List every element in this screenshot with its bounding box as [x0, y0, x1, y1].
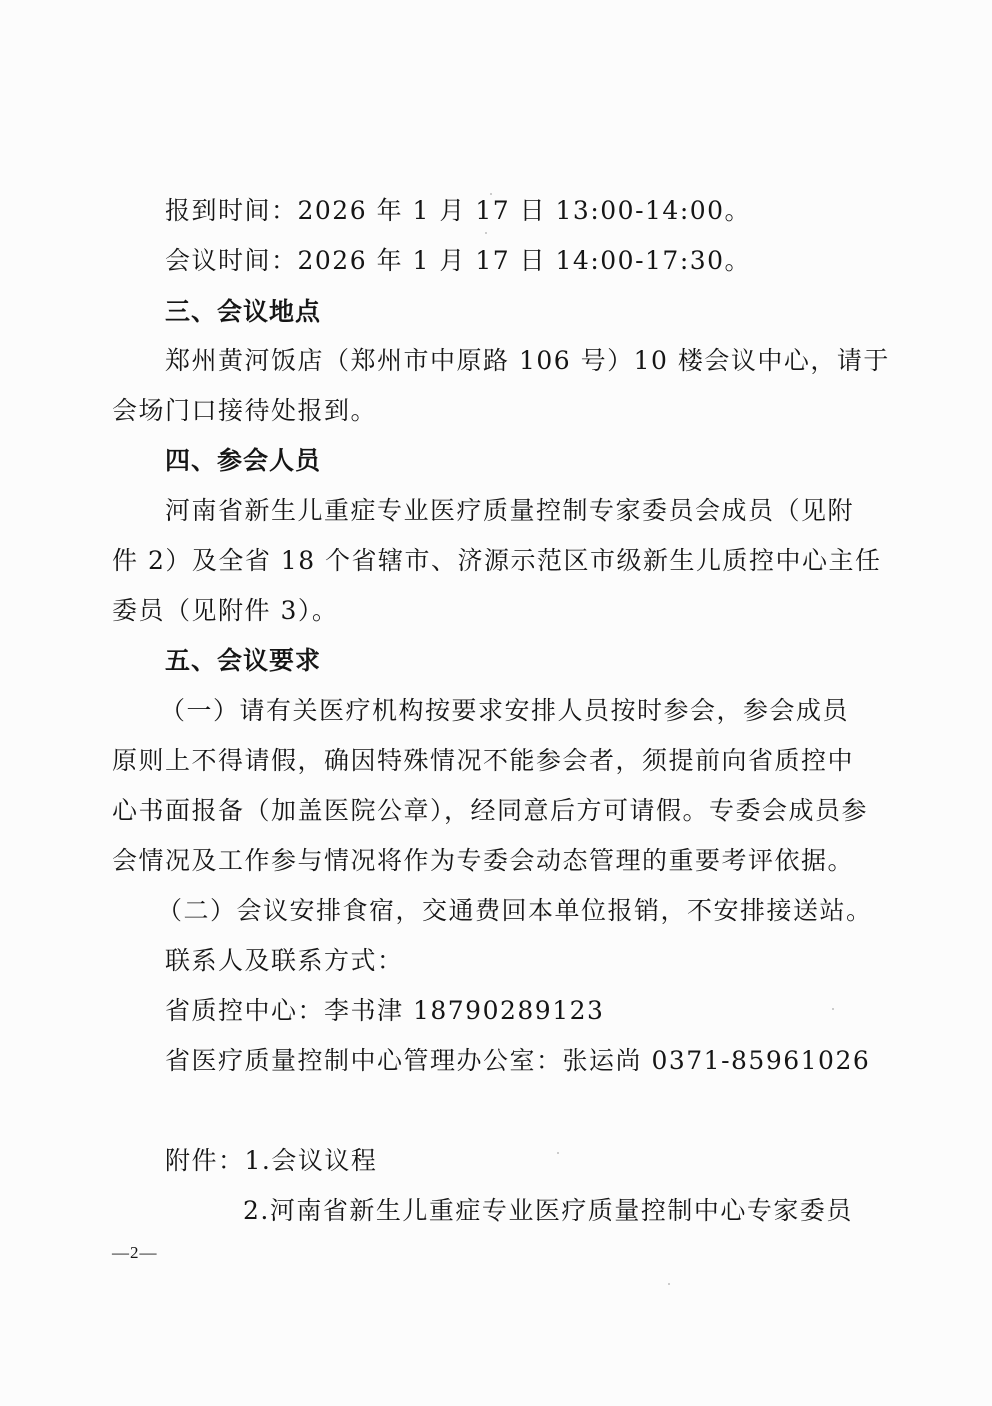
- scan-speck: [490, 193, 492, 195]
- contact-1: 省质控中心：李书津 18790289123: [165, 996, 604, 1026]
- attachments-label: 附件：1.会议议程: [165, 1146, 377, 1176]
- section-3-heading: 三、会议地点: [165, 297, 321, 327]
- section-4-heading: 四、参会人员: [165, 446, 321, 476]
- scan-speck: [485, 232, 487, 234]
- scan-speck: [832, 1008, 834, 1010]
- section-3-line-1: 郑州黄河饭店（郑州市中原路 106 号）10 楼会议中心，请于: [165, 346, 851, 376]
- page-number: —2—: [112, 1243, 158, 1263]
- section-5-item-1-line-4: 会情况及工作参与情况将作为专委会动态管理的重要考评依据。: [112, 846, 849, 876]
- contacts-label: 联系人及联系方式：: [165, 946, 404, 976]
- section-3-line-2: 会场门口接待处报到。: [112, 396, 377, 426]
- attachment-2: 2.河南省新生儿重症专业医疗质量控制中心专家委员: [243, 1196, 853, 1226]
- section-4-line-2: 件 2）及全省 18 个省辖市、济源示范区市级新生儿质控中心主任: [112, 546, 849, 576]
- section-5-item-2: （二）会议安排食宿，交通费回本单位报销，不安排接送站。: [157, 896, 850, 926]
- scan-speck: [668, 1283, 670, 1285]
- section-5-item-1-line-2: 原则上不得请假，确因特殊情况不能参会者，须提前向省质控中: [112, 746, 849, 776]
- section-4-line-3: 委员（见附件 3）。: [112, 596, 338, 626]
- section-4-line-1: 河南省新生儿重症专业医疗质量控制专家委员会成员（见附: [165, 496, 851, 526]
- registration-time: 报到时间：2026 年 1 月 17 日 13:00-14:00。: [165, 196, 751, 226]
- scan-speck: [557, 1152, 559, 1154]
- contact-2: 省医疗质量控制中心管理办公室：张运尚 0371-85961026: [165, 1046, 870, 1076]
- section-5-heading: 五、会议要求: [165, 646, 321, 676]
- section-5-item-1-line-1: （一）请有关医疗机构按要求安排人员按时参会，参会成员: [160, 696, 846, 726]
- section-5-item-1-line-3: 心书面报备（加盖医院公章），经同意后方可请假。专委会成员参: [112, 796, 849, 826]
- document-page: 报到时间：2026 年 1 月 17 日 13:00-14:00。 会议时间：2…: [0, 0, 992, 1406]
- meeting-time: 会议时间：2026 年 1 月 17 日 14:00-17:30。: [165, 246, 751, 276]
